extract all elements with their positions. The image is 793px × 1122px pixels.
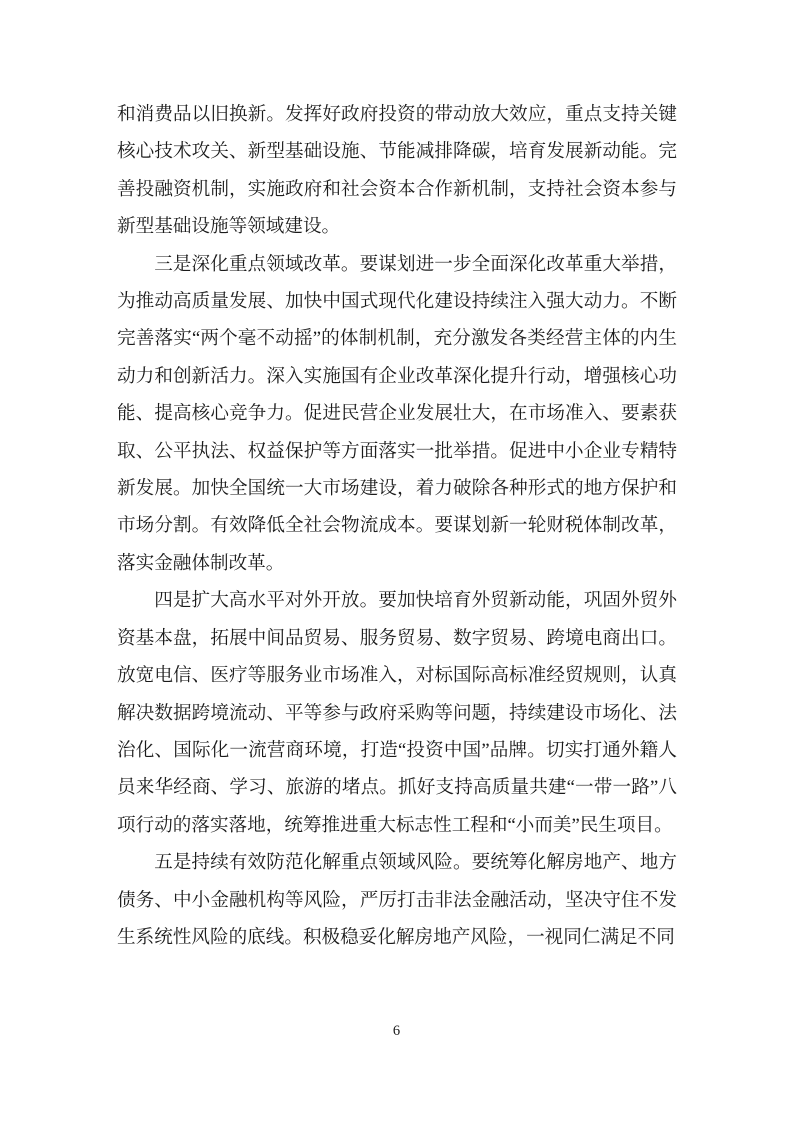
- paragraph-point-four: 四是扩大高水平对外开放。要加快培育外贸新动能，巩固外贸外资基本盘，拓展中间品贸易…: [117, 582, 677, 844]
- document-page: 和消费品以旧换新。发挥好政府投资的带动放大效应，重点支持关键核心技术攻关、新型基…: [0, 0, 793, 1122]
- paragraph-continuation: 和消费品以旧换新。发挥好政府投资的带动放大效应，重点支持关键核心技术攻关、新型基…: [117, 96, 677, 246]
- page-number: 6: [0, 1021, 793, 1041]
- paragraph-point-five: 五是持续有效防范化解重点领域风险。要统筹化解房地产、地方债务、中小金融机构等风险…: [117, 844, 677, 956]
- paragraph-point-three: 三是深化重点领域改革。要谋划进一步全面深化改革重大举措，为推动高质量发展、加快中…: [117, 246, 677, 583]
- body-text: 和消费品以旧换新。发挥好政府投资的带动放大效应，重点支持关键核心技术攻关、新型基…: [117, 96, 677, 956]
